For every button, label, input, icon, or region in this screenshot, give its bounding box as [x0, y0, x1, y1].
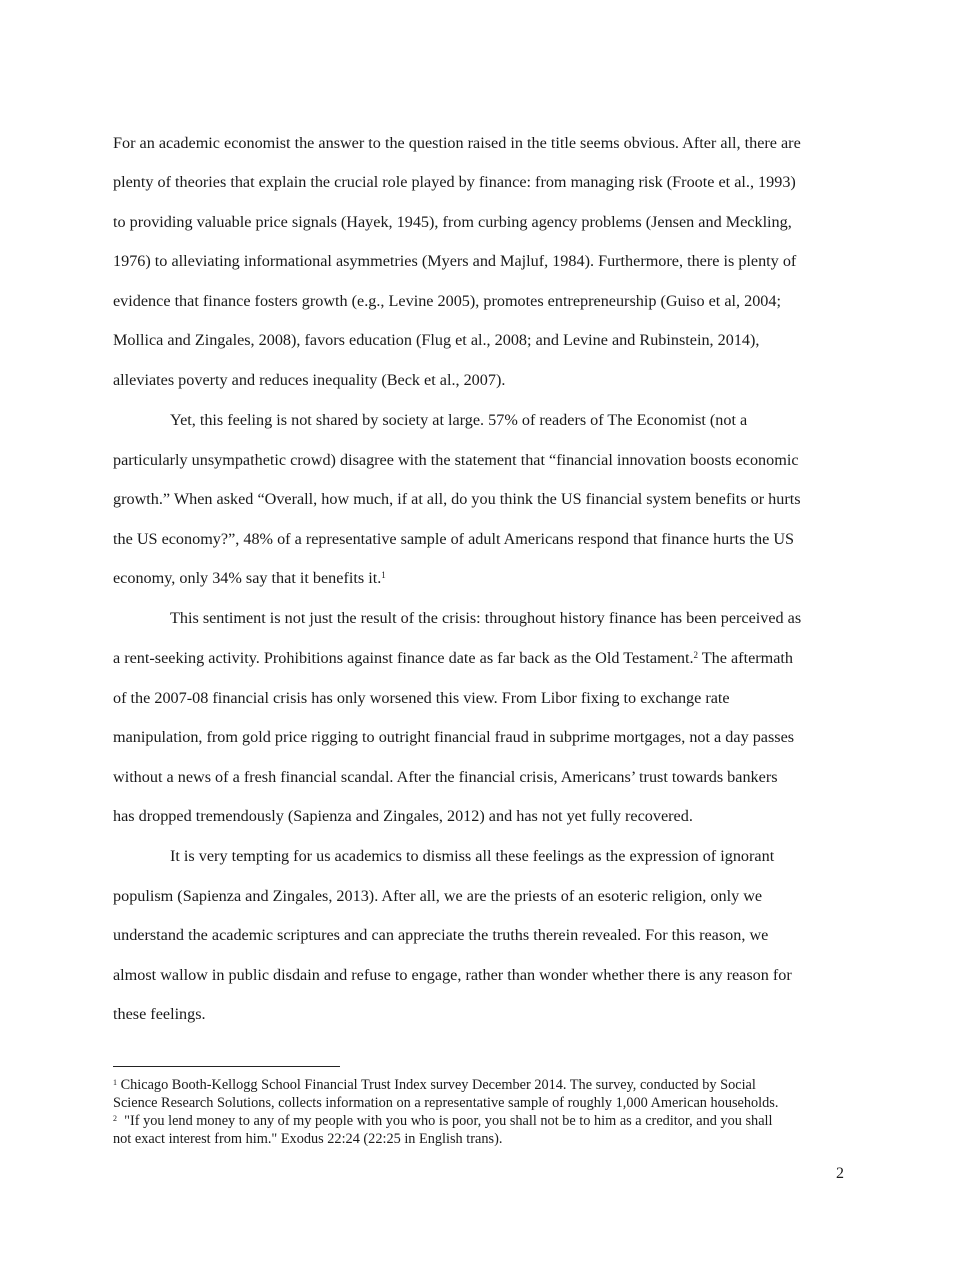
- text-line: has dropped tremendously (Sapienza and Z…: [113, 806, 693, 826]
- text-line: these feelings.: [113, 1004, 206, 1024]
- text-line: growth.” When asked “Overall, how much, …: [113, 489, 801, 509]
- footnote-line: 2 "If you lend money to any of my people…: [113, 1112, 773, 1130]
- footnote-ref-2[interactable]: 2: [694, 650, 699, 660]
- text-line: alleviates poverty and reduces inequalit…: [113, 370, 505, 390]
- text-line: Mollica and Zingales, 2008), favors educ…: [113, 330, 759, 350]
- text-line: This sentiment is not just the result of…: [170, 608, 801, 628]
- text-line: economy, only 34% say that it benefits i…: [113, 568, 386, 588]
- text-line: almost wallow in public disdain and refu…: [113, 965, 792, 985]
- footnote-ref-1[interactable]: 1: [381, 570, 386, 580]
- footnote-marker: 2: [113, 1114, 117, 1123]
- text-line: Yet, this feeling is not shared by socie…: [170, 410, 747, 430]
- text-segment: The aftermath: [698, 649, 793, 667]
- text-line: For an academic economist the answer to …: [113, 133, 801, 153]
- text-line: the US economy?”, 48% of a representativ…: [113, 529, 794, 549]
- text-segment: economy, only 34% say that it benefits i…: [113, 569, 381, 587]
- footnote-line: 1 Chicago Booth-Kellogg School Financial…: [113, 1076, 756, 1094]
- page-number: 2: [836, 1164, 844, 1184]
- text-line: 1976) to alleviating informational asymm…: [113, 251, 796, 271]
- text-line: manipulation, from gold price rigging to…: [113, 727, 794, 747]
- text-line: to providing valuable price signals (Hay…: [113, 212, 792, 232]
- footnote-line: not exact interest from him." Exodus 22:…: [113, 1130, 502, 1148]
- footnote-line: Science Research Solutions, collects inf…: [113, 1094, 778, 1112]
- text-line: without a news of a fresh financial scan…: [113, 767, 778, 787]
- text-line: understand the academic scriptures and c…: [113, 925, 768, 945]
- text-line: a rent-seeking activity. Prohibitions ag…: [113, 648, 793, 668]
- footnote-separator: [113, 1066, 340, 1067]
- document-page: For an academic economist the answer to …: [0, 0, 960, 1280]
- text-line: populism (Sapienza and Zingales, 2013). …: [113, 886, 762, 906]
- footnote-text: Chicago Booth-Kellogg School Financial T…: [117, 1077, 756, 1093]
- text-line: particularly unsympathetic crowd) disagr…: [113, 450, 799, 470]
- text-line: plenty of theories that explain the cruc…: [113, 172, 796, 192]
- footnote-text: "If you lend money to any of my people w…: [117, 1113, 773, 1129]
- text-line: evidence that finance fosters growth (e.…: [113, 291, 781, 311]
- text-line: It is very tempting for us academics to …: [170, 846, 774, 866]
- footnote-marker: 1: [113, 1078, 117, 1087]
- text-line: of the 2007-08 financial crisis has only…: [113, 688, 730, 708]
- text-segment: a rent-seeking activity. Prohibitions ag…: [113, 649, 694, 667]
